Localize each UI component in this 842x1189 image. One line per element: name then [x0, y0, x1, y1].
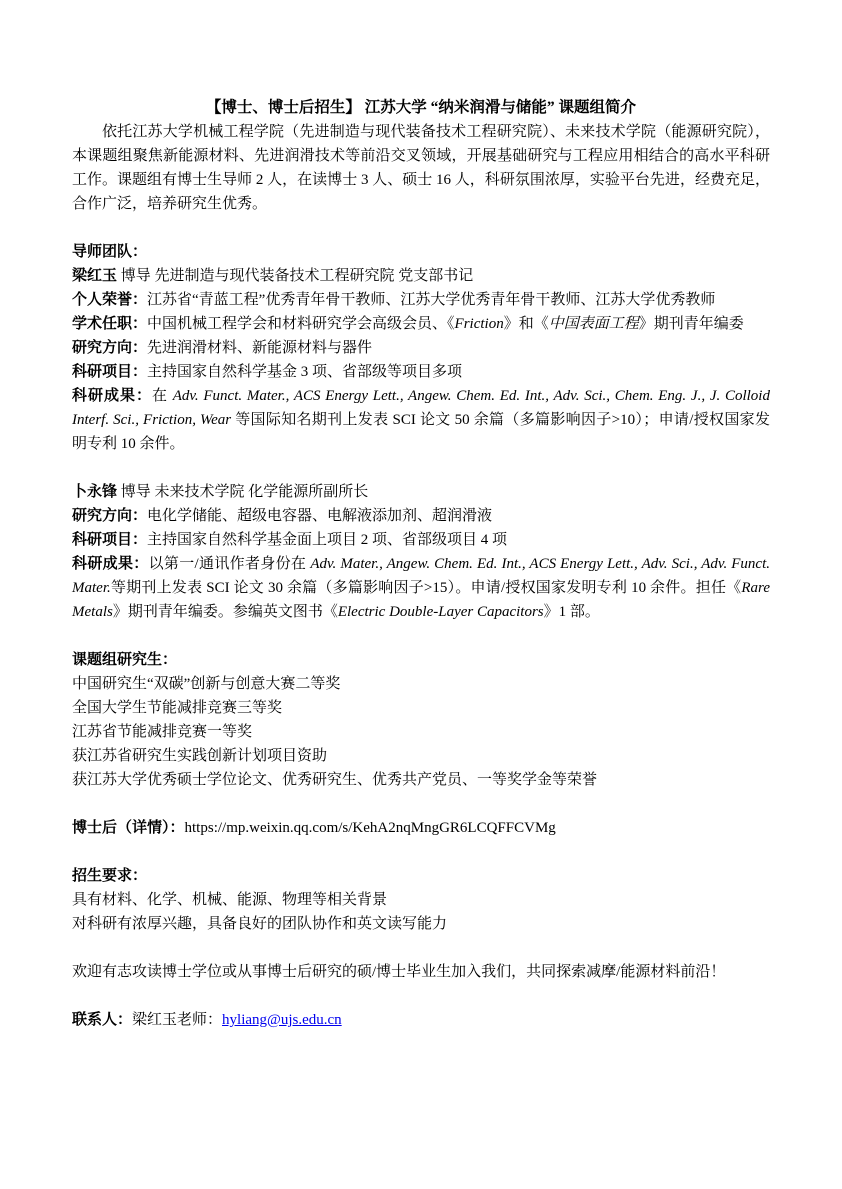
spacer: [72, 456, 770, 480]
student-award-item: 中国研究生“双碳”创新与创意大赛二等奖: [72, 672, 770, 696]
journal-name: Friction: [455, 316, 504, 332]
text-segment: 主持国家自然科学基金面上项目 2 项、省部级项目 4 项: [147, 532, 507, 548]
field-label: 研究方向：: [72, 340, 147, 356]
contact-name: 梁红玉老师：: [132, 1012, 222, 1028]
text-segment: 中国机械工程学会和材料研究学会高级会员、《: [147, 316, 455, 332]
mentor-field-line: 研究方向：电化学储能、超级电容器、电解液添加剂、超润滑液: [72, 504, 770, 528]
field-label: 研究方向：: [72, 508, 147, 524]
contact-line: 联系人：梁红玉老师：hyliang@ujs.edu.cn: [72, 1008, 770, 1032]
text-segment: 主持国家自然科学基金 3 项、省部级等项目多项: [147, 364, 462, 380]
postdoc-detail-url: https://mp.weixin.qq.com/s/KehA2nqMngGR6…: [185, 820, 556, 836]
mentor-field-line: 研究方向：先进润滑材料、新能源材料与器件: [72, 336, 770, 360]
page-title: 【博士、博士后招生】 江苏大学 “纳米润滑与储能” 课题组简介: [72, 96, 770, 120]
mentor-field-line: 科研成果：以第一/通讯作者身份在 Adv. Mater., Angew. Che…: [72, 552, 770, 624]
mentor-field-line: 个人荣誉：江苏省“青蓝工程”优秀青年骨干教师、江苏大学优秀青年骨干教师、江苏大学…: [72, 288, 770, 312]
field-label: 个人荣誉：: [72, 292, 147, 308]
requirements-heading: 招生要求：: [72, 864, 770, 888]
requirement-item: 具有材料、化学、机械、能源、物理等相关背景: [72, 888, 770, 912]
text-segment: 》期刊青年编委。参编英文图书《: [113, 604, 338, 620]
mentor-name-line: 卜永锋 博导 未来技术学院 化学能源所副所长: [72, 480, 770, 504]
contact-email-link[interactable]: hyliang@ujs.edu.cn: [222, 1012, 342, 1028]
student-award-item: 获江苏省研究生实践创新计划项目资助: [72, 744, 770, 768]
text-segment: 》和《: [504, 316, 549, 332]
requirement-item: 对科研有浓厚兴趣，具备良好的团队协作和英文读写能力: [72, 912, 770, 936]
mentor-name-line: 梁红玉 博导 先进制造与现代装备技术工程研究院 党支部书记: [72, 264, 770, 288]
intro-paragraph: 依托江苏大学机械工程学院（先进制造与现代装备技术工程研究院）、未来技术学院（能源…: [72, 120, 770, 216]
text-segment: 先进润滑材料、新能源材料与器件: [147, 340, 372, 356]
spacer: [72, 984, 770, 1008]
mentor-field-line: 科研项目：主持国家自然科学基金 3 项、省部级等项目多项: [72, 360, 770, 384]
spacer: [72, 792, 770, 816]
postdoc-detail-line: 博士后（详情）：https://mp.weixin.qq.com/s/KehA2…: [72, 816, 770, 840]
field-label: 科研成果：: [72, 388, 152, 404]
mentor-team-heading: 导师团队：: [72, 240, 770, 264]
text-segment: 江苏省“青蓝工程”优秀青年骨干教师、江苏大学优秀青年骨干教师、江苏大学优秀教师: [147, 292, 715, 308]
students-heading: 课题组研究生：: [72, 648, 770, 672]
student-award-item: 获江苏大学优秀硕士学位论文、优秀研究生、优秀共产党员、一等奖学金等荣誉: [72, 768, 770, 792]
field-label: 学术任职：: [72, 316, 147, 332]
mentor-title-text: 博导 未来技术学院 化学能源所副所长: [117, 484, 368, 500]
mentor-field-line: 科研成果：在 Adv. Funct. Mater., ACS Energy Le…: [72, 384, 770, 456]
spacer: [72, 936, 770, 960]
contact-label: 联系人：: [72, 1012, 132, 1028]
spacer: [72, 624, 770, 648]
field-label: 科研成果：: [72, 556, 149, 572]
mentor-field-line: 学术任职：中国机械工程学会和材料研究学会高级会员、《Friction》和《中国表…: [72, 312, 770, 336]
spacer: [72, 840, 770, 864]
mentor-name: 梁红玉: [72, 268, 117, 284]
mentor-name: 卜永锋: [72, 484, 117, 500]
student-award-item: 全国大学生节能减排竞赛三等奖: [72, 696, 770, 720]
text-segment: 》1 部。: [544, 604, 600, 620]
text-segment: 在: [152, 388, 173, 404]
mentor-title-text: 博导 先进制造与现代装备技术工程研究院 党支部书记: [117, 268, 473, 284]
journal-name: 中国表面工程: [549, 316, 639, 332]
document-page: 【博士、博士后招生】 江苏大学 “纳米润滑与储能” 课题组简介 依托江苏大学机械…: [0, 0, 842, 1189]
postdoc-label: 博士后（详情）：: [72, 820, 185, 836]
student-award-item: 江苏省节能减排竞赛一等奖: [72, 720, 770, 744]
field-label: 科研项目：: [72, 364, 147, 380]
closing-invitation: 欢迎有志攻读博士学位或从事博士后研究的硕/博士毕业生加入我们，共同探索减摩/能源…: [72, 960, 770, 984]
spacer: [72, 216, 770, 240]
text-segment: 以第一/通讯作者身份在: [149, 556, 311, 572]
mentor-field-line: 科研项目：主持国家自然科学基金面上项目 2 项、省部级项目 4 项: [72, 528, 770, 552]
book-title: Electric Double-Layer Capacitors: [338, 604, 544, 620]
field-label: 科研项目：: [72, 532, 147, 548]
text-segment: 等期刊上发表 SCI 论文 30 余篇（多篇影响因子>15）。申请/授权国家发明…: [111, 580, 742, 596]
text-segment: 》期刊青年编委: [639, 316, 744, 332]
text-segment: 电化学储能、超级电容器、电解液添加剂、超润滑液: [147, 508, 492, 524]
